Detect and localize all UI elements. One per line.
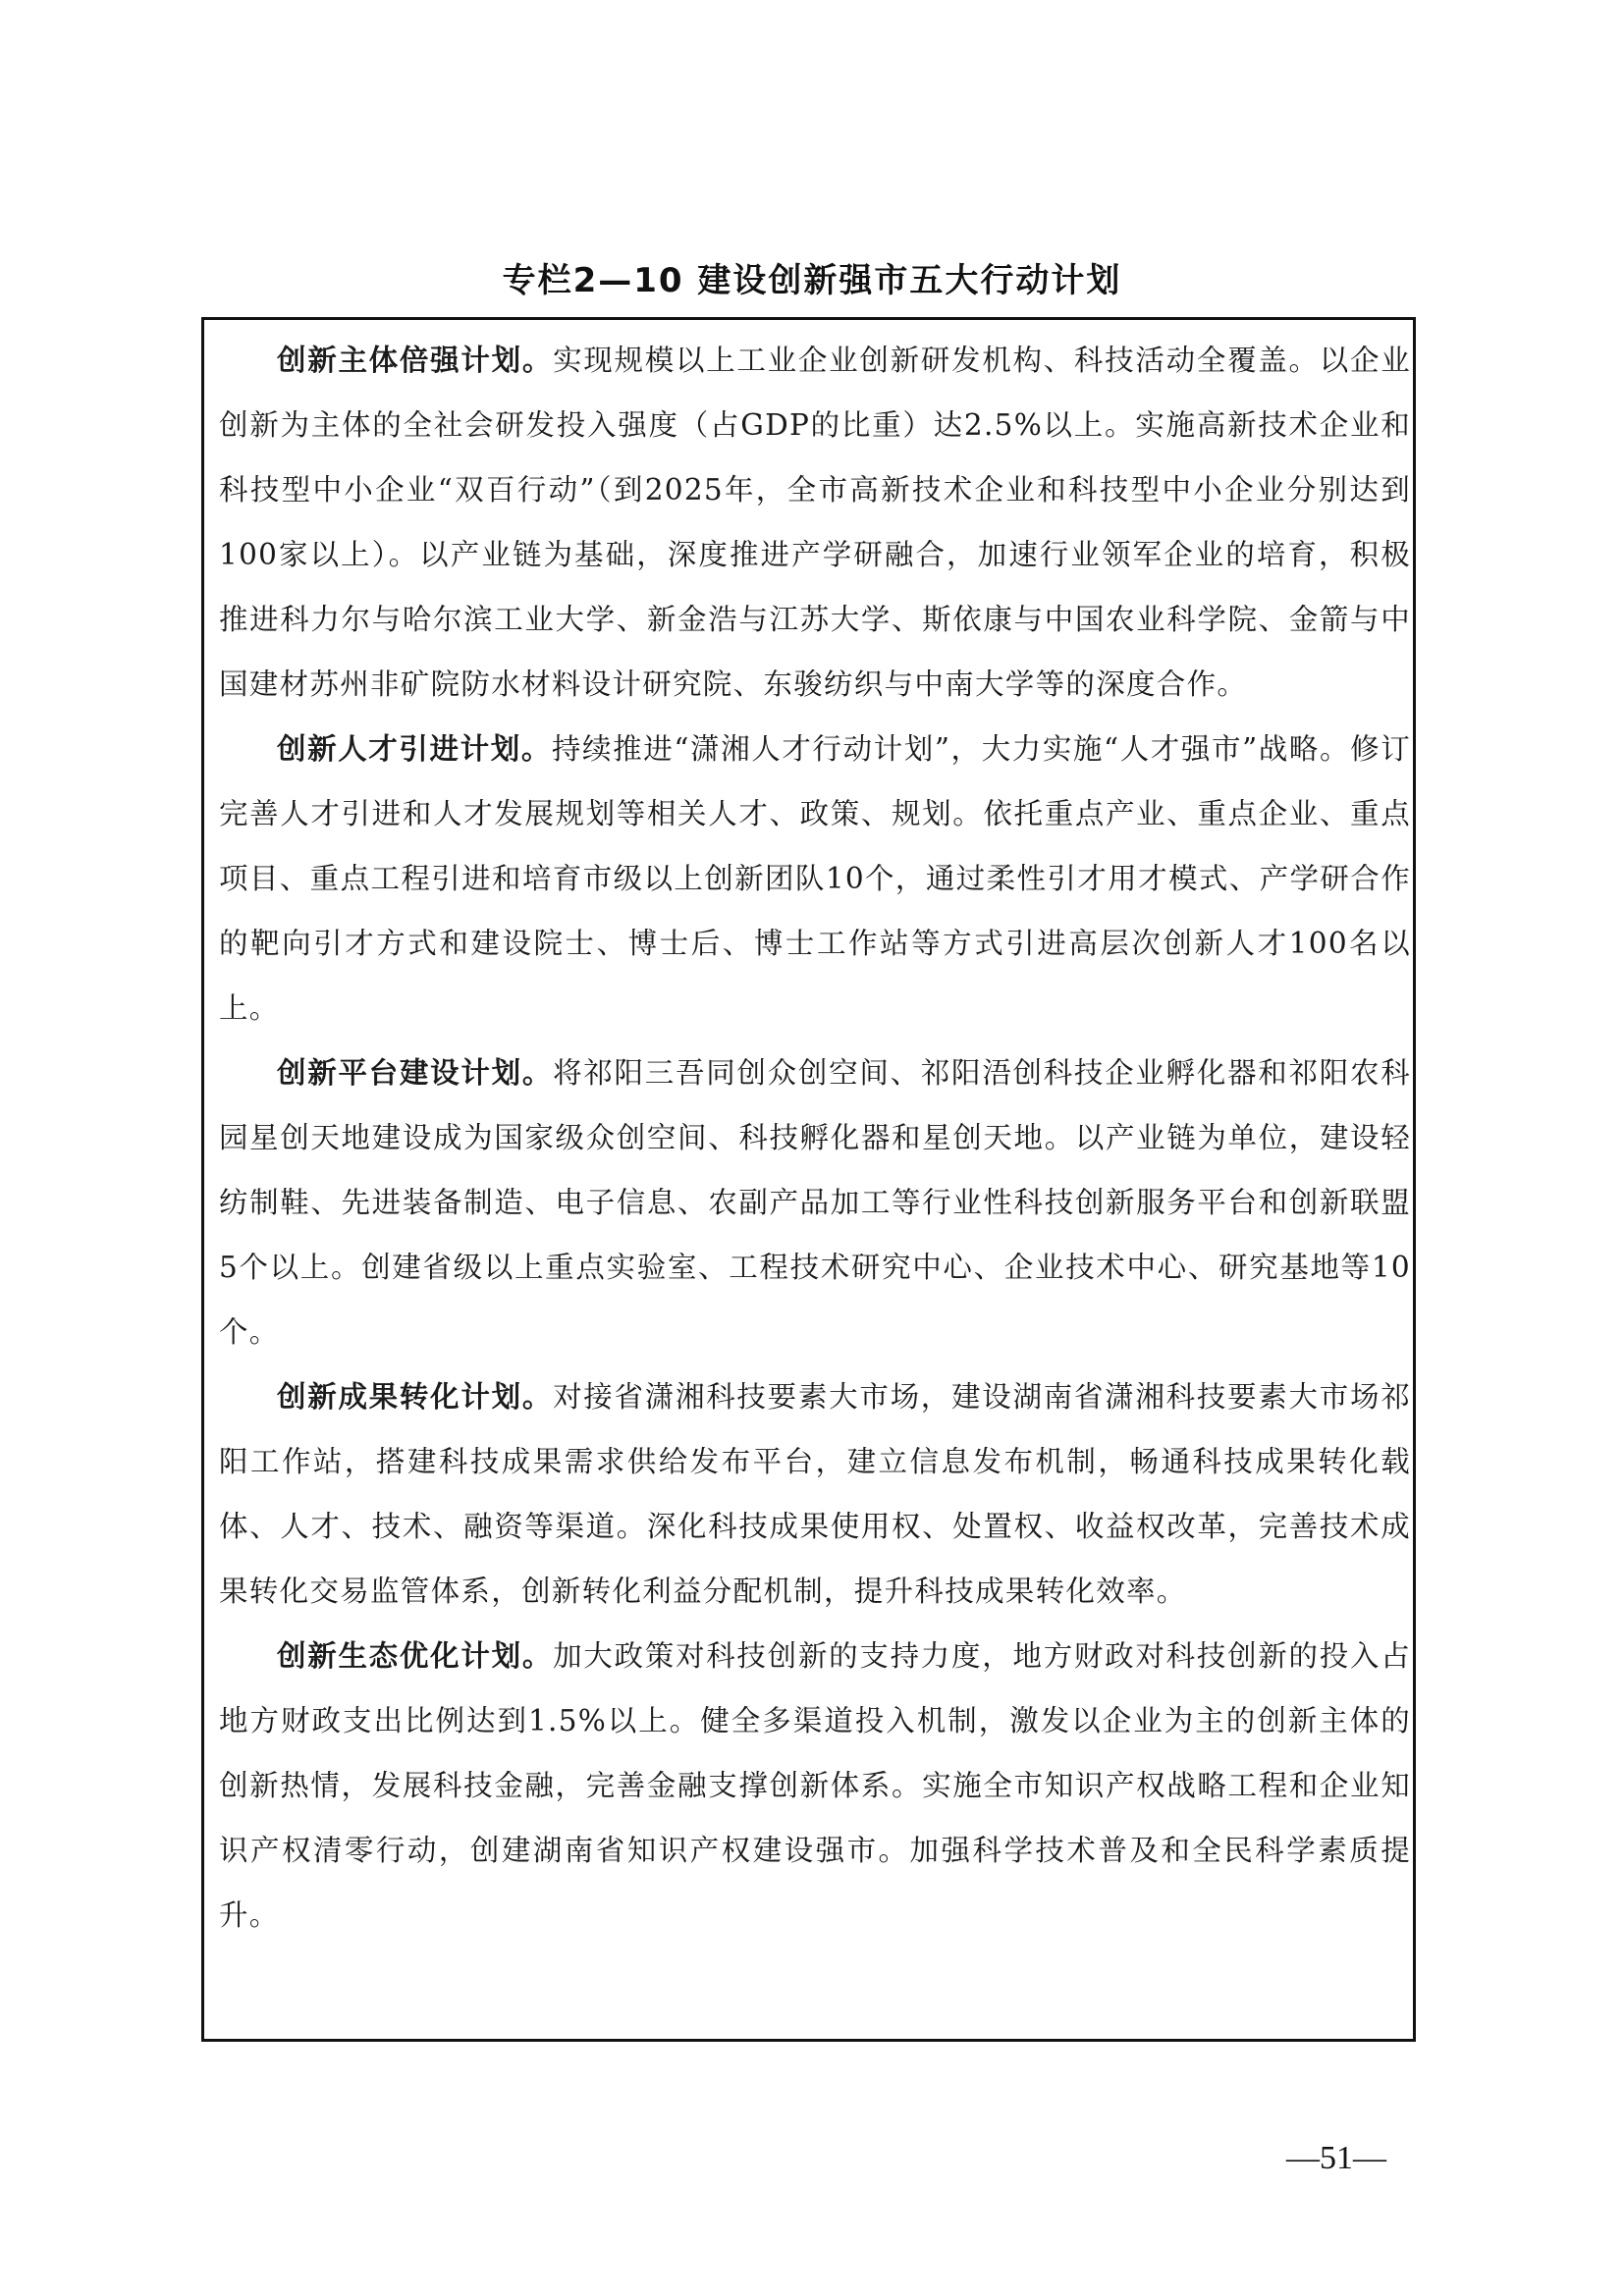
column-box: 创新主体倍强计划。实现规模以上工业企业创新研发机构、科技活动全覆盖。以企业创新为… xyxy=(201,317,1416,2042)
section-heading: 创新平台建设计划。 xyxy=(277,1056,553,1090)
section-platform-construction: 创新平台建设计划。将祁阳三吾同创众创空间、祁阳浯创科技企业孵化器和祁阳农科园星创… xyxy=(219,1041,1411,1364)
section-heading: 创新主体倍强计划。 xyxy=(277,344,553,377)
section-heading: 创新人才引进计划。 xyxy=(277,732,552,766)
page-title: 专栏2—10 建设创新强市五大行动计划 xyxy=(0,253,1624,301)
section-heading: 创新生态优化计划。 xyxy=(277,1639,553,1673)
section-body: 加大政策对科技创新的支持力度，地方财政对科技创新的投入占地方财政支出比例达到1.… xyxy=(219,1639,1411,1932)
section-achievement-transformation: 创新成果转化计划。对接省潇湘科技要素大市场，建设湖南省潇湘科技要素大市场祁阳工作… xyxy=(219,1364,1411,1624)
section-body: 实现规模以上工业企业创新研发机构、科技活动全覆盖。以企业创新为主体的全社会研发投… xyxy=(219,344,1411,701)
column-content: 创新主体倍强计划。实现规模以上工业企业创新研发机构、科技活动全覆盖。以企业创新为… xyxy=(219,328,1411,1948)
section-ecosystem-optimization: 创新生态优化计划。加大政策对科技创新的支持力度，地方财政对科技创新的投入占地方财… xyxy=(219,1624,1411,1948)
section-body: 对接省潇湘科技要素大市场，建设湖南省潇湘科技要素大市场祁阳工作站，搭建科技成果需… xyxy=(219,1380,1411,1608)
section-innovation-entity: 创新主体倍强计划。实现规模以上工业企业创新研发机构、科技活动全覆盖。以企业创新为… xyxy=(219,328,1411,717)
section-body: 将祁阳三吾同创众创空间、祁阳浯创科技企业孵化器和祁阳农科园星创天地建设成为国家级… xyxy=(219,1056,1411,1349)
section-body: 持续推进“潇湘人才行动计划”，大力实施“人才强市”战略。修订完善人才引进和人才发… xyxy=(219,732,1411,1025)
section-heading: 创新成果转化计划。 xyxy=(277,1380,553,1414)
page-number: —51— xyxy=(1286,2140,1386,2177)
section-talent-introduction: 创新人才引进计划。持续推进“潇湘人才行动计划”，大力实施“人才强市”战略。修订完… xyxy=(219,717,1411,1041)
